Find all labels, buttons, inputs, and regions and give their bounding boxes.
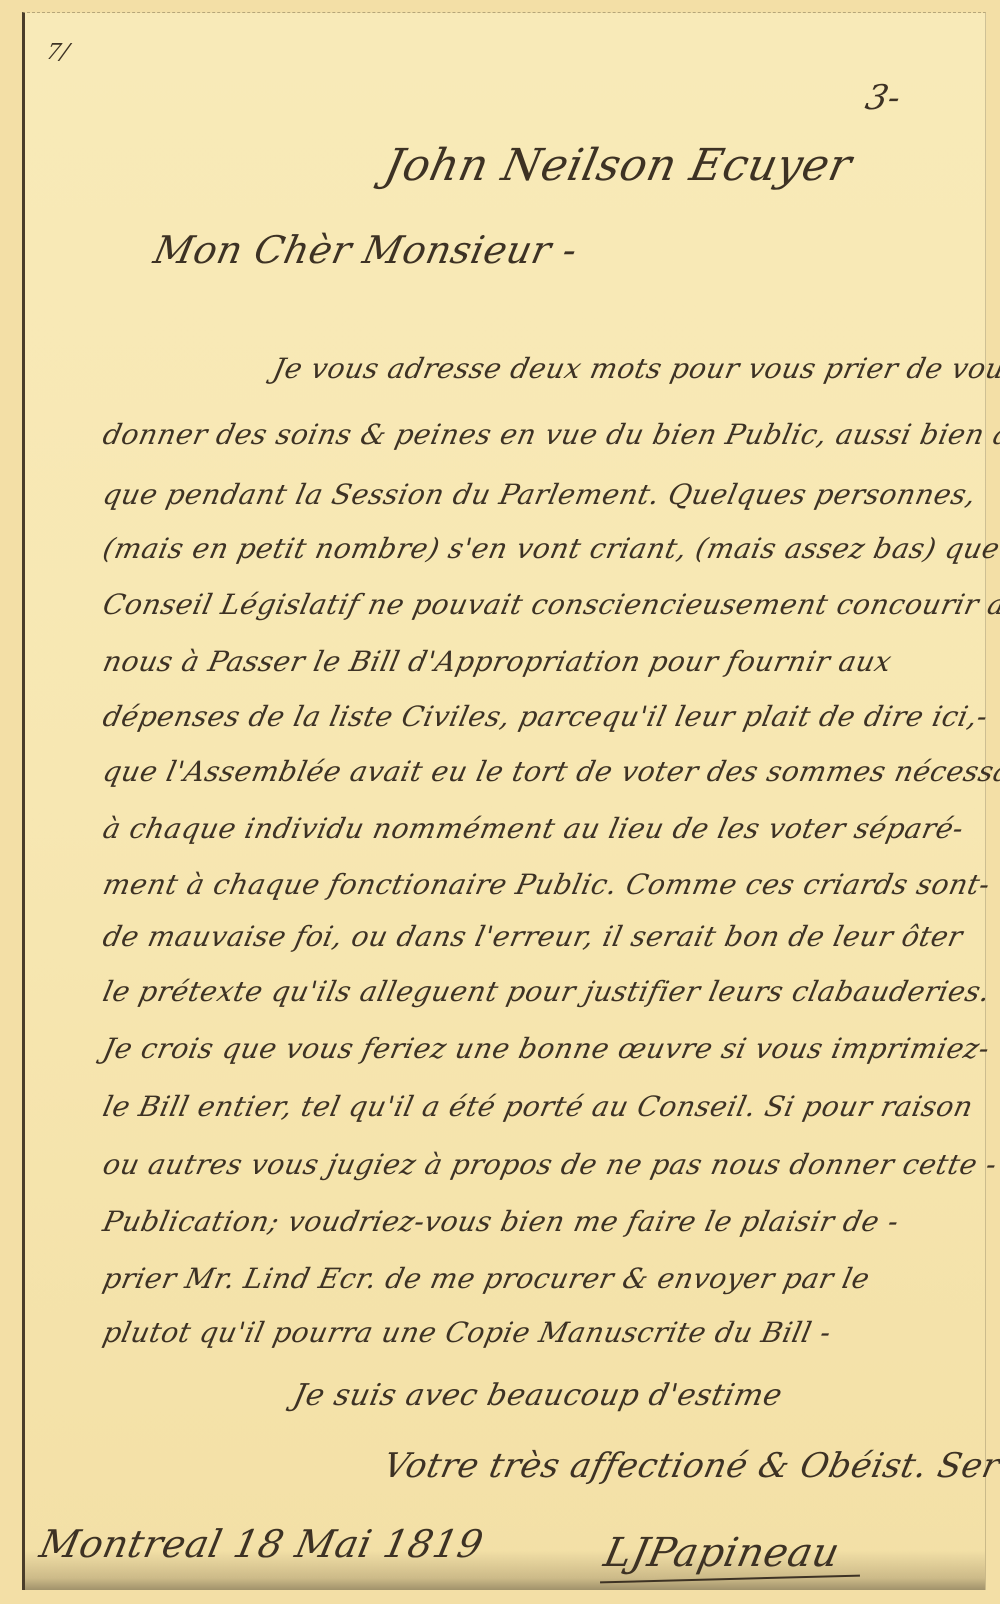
body-line: que pendant la Session du Parlement. Que… xyxy=(100,478,979,511)
complimentary-close: Votre très affectioné & Obéist. Servr. xyxy=(380,1446,1000,1486)
signature: LJPapineau xyxy=(600,1530,844,1576)
addressee: John Neilson Ecuyer xyxy=(380,140,856,191)
body-line: (mais en petit nombre) s'en vont criant,… xyxy=(100,532,1000,565)
body-line: ou autres vous jugiez à propos de ne pas… xyxy=(100,1148,1000,1181)
body-line: ment à chaque fonctionaire Public. Comme… xyxy=(100,868,993,901)
body-line: Je crois que vous feriez une bonne œuvre… xyxy=(100,1032,993,1065)
place-and-date: Montreal 18 Mai 1819 xyxy=(36,1522,487,1566)
body-line: Je vous adresse deux mots pour vous prie… xyxy=(270,352,1000,385)
closing-phrase: Je suis avec beaucoup d'estime xyxy=(290,1378,785,1413)
body-line: à chaque individu nommément au lieu de l… xyxy=(100,812,967,845)
body-line: plutot qu'il pourra une Copie Manuscrite… xyxy=(100,1316,834,1349)
body-line: Publication; voudriez-vous bien me faire… xyxy=(100,1205,902,1238)
body-line: prier Mr. Lind Ecr. de me procurer & env… xyxy=(100,1262,873,1295)
body-line: le Bill entier, tel qu'il a été porté au… xyxy=(100,1090,976,1123)
body-line: donner des soins & peines en vue du bien… xyxy=(100,418,1000,451)
salutation: Mon Chèr Monsieur - xyxy=(150,228,581,272)
body-line: le prétexte qu'ils alleguent pour justif… xyxy=(100,975,993,1008)
body-line: que l'Assemblée avait eu le tort de vote… xyxy=(100,755,1000,788)
body-line: dépenses de la liste Civiles, parcequ'il… xyxy=(100,700,991,733)
body-line: Conseil Législatif ne pouvait conscienci… xyxy=(100,588,1000,621)
body-line: de mauvaise foi, ou dans l'erreur, il se… xyxy=(100,920,966,953)
body-line: nous à Passer le Bill d'Appropriation po… xyxy=(100,645,895,678)
